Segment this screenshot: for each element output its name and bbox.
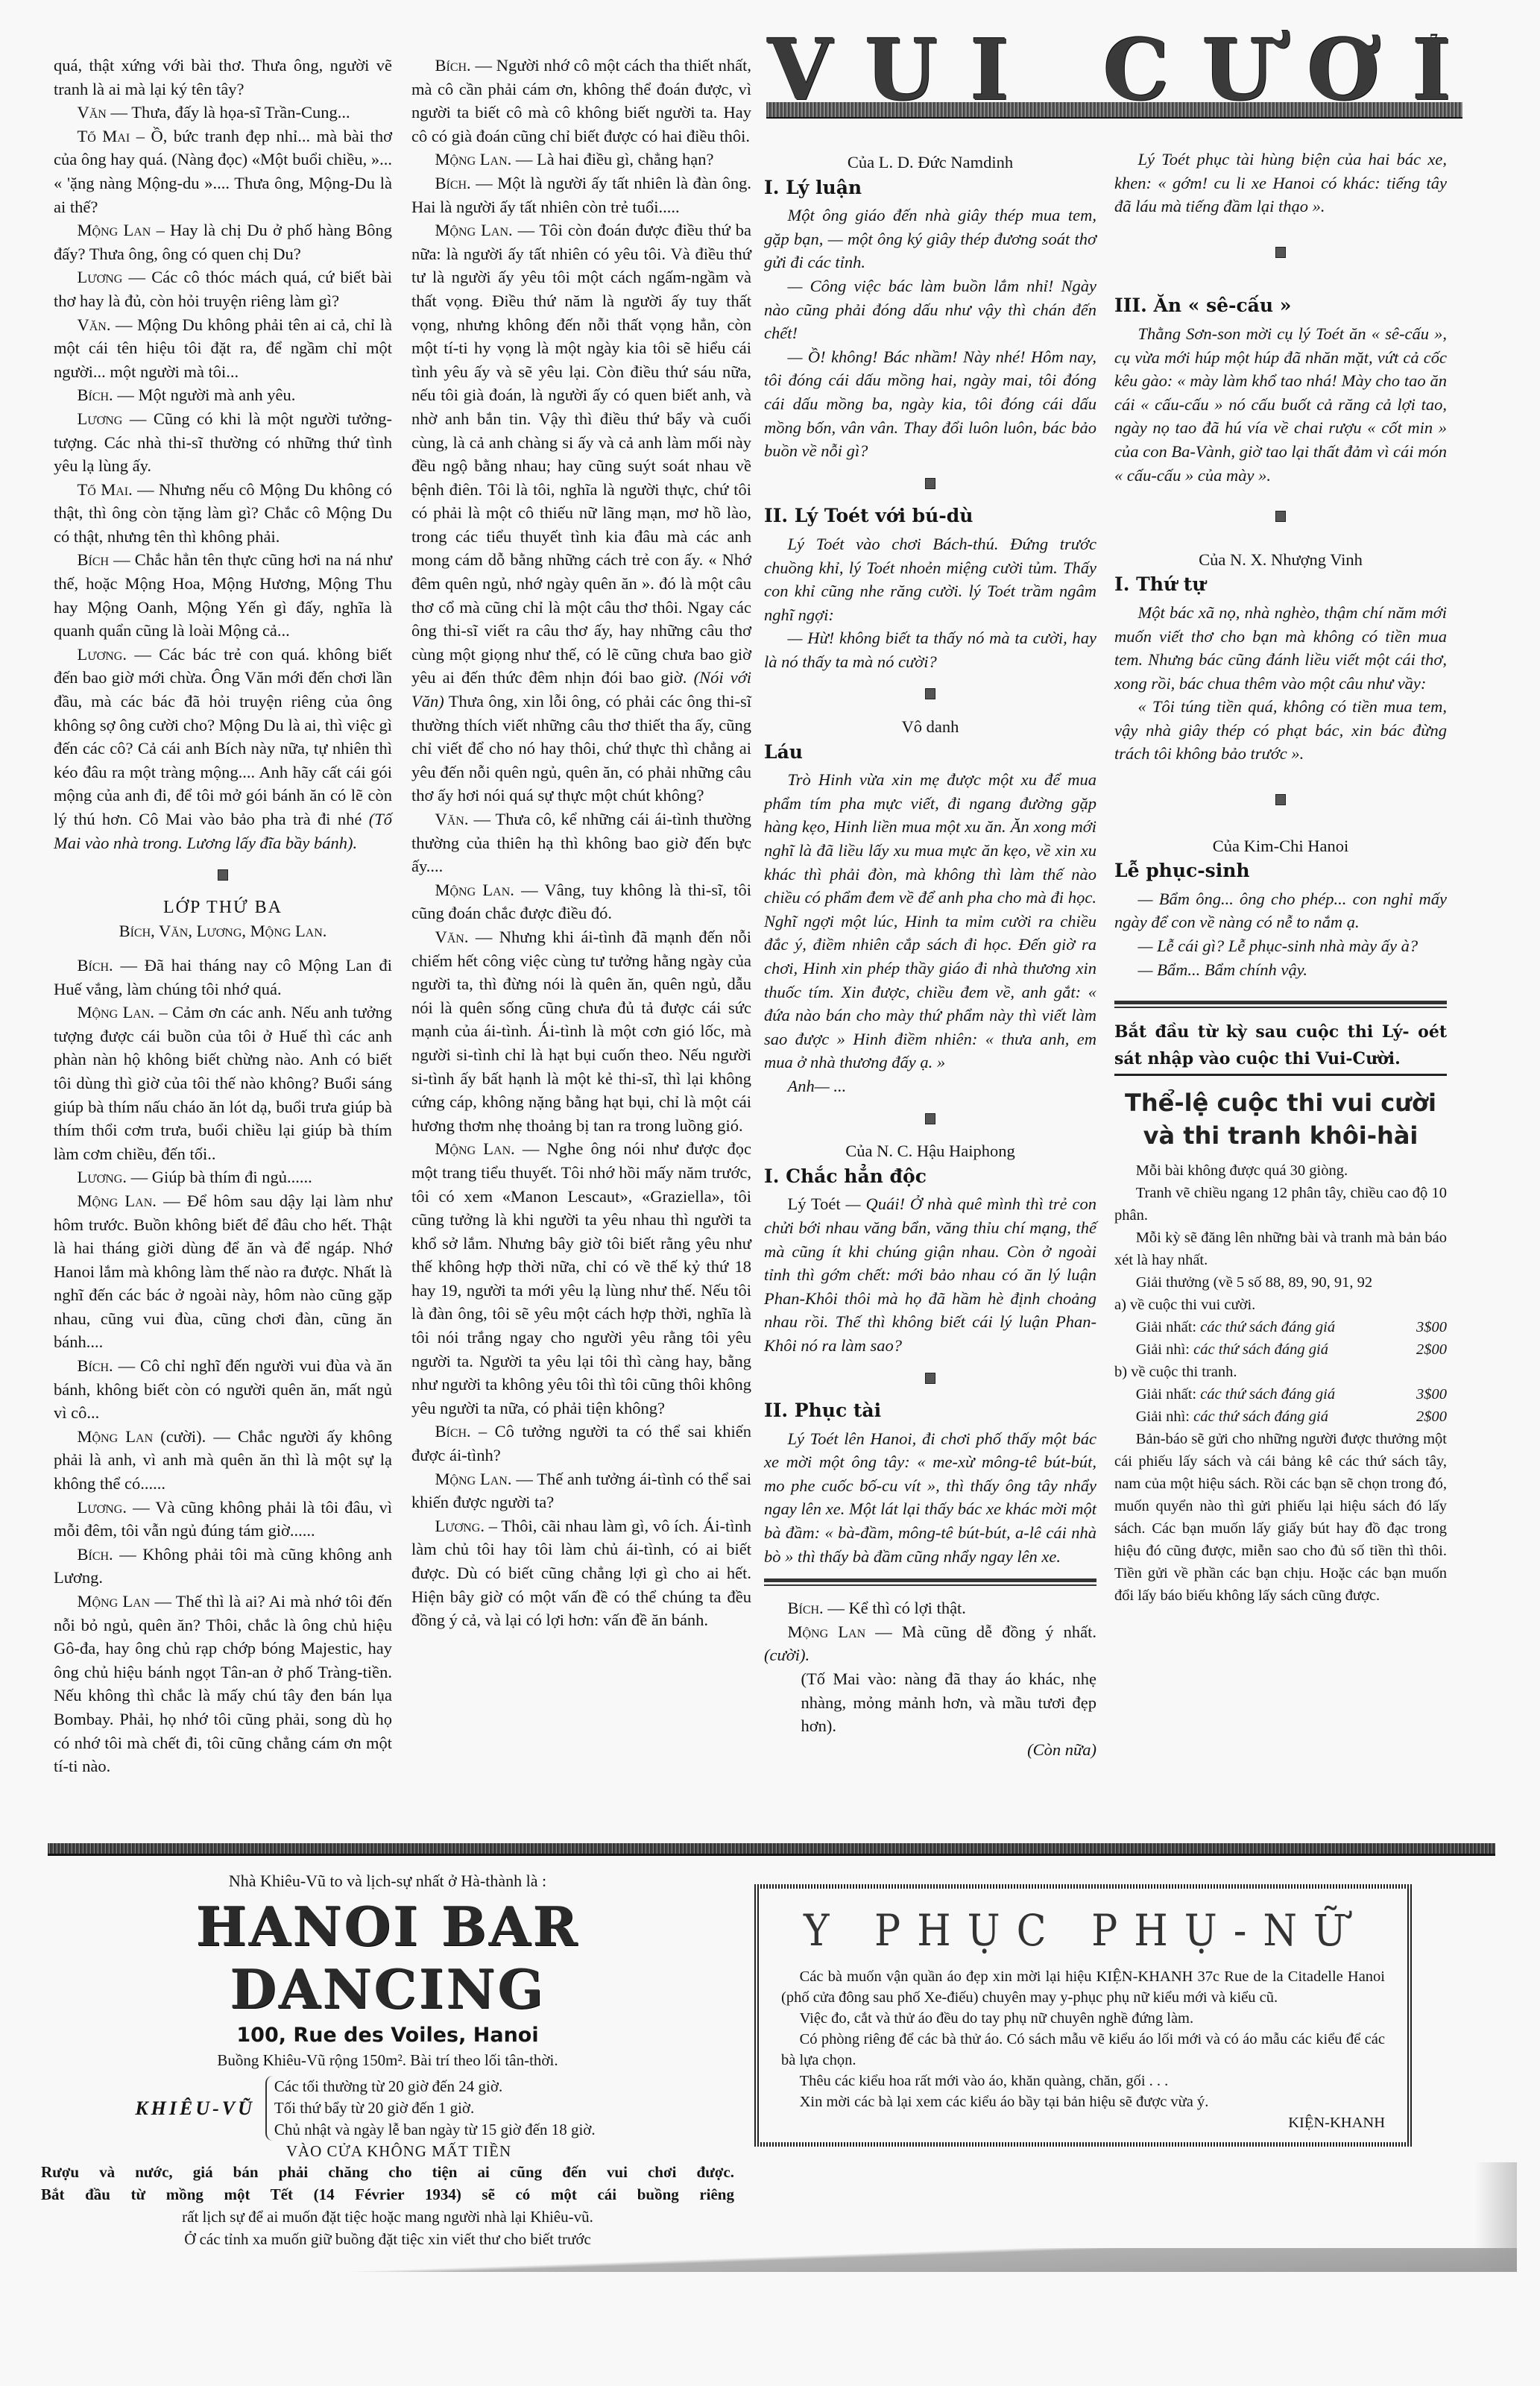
section-title: II. Phục tài	[764, 1399, 1096, 1423]
rules-end: Bản-báo sẽ gửi cho những người được thưở…	[1114, 1428, 1447, 1607]
paragraph: — Lễ cái gì? Lễ phục-sinh nhà mày ấy à?	[1114, 934, 1447, 958]
dialogue-paragraph: Bích. — Cô chỉ nghĩ đến người vui đùa và…	[54, 1354, 392, 1425]
dialogue-paragraph: Mộng Lan. — Để hôm sau dậy lại làm như h…	[54, 1189, 392, 1354]
dialogue-paragraph: Mộng Lan (cười). — Chắc người ấy không p…	[54, 1425, 392, 1496]
play-part-1: quá, thật xứng với bài thơ. Thưa ông, ng…	[54, 54, 392, 854]
speaker-name: Bích.	[78, 956, 113, 975]
joke-text: Lý Toét vào chơi Bách-thú. Đứng trước ch…	[764, 532, 1096, 674]
dialogue-paragraph: Bích. — Đã hai tháng nay cô Mộng Lan đi …	[54, 954, 392, 1001]
dialogue-paragraph: Văn. — Nhưng khi ái-tình đã mạnh đến nỗi…	[411, 925, 751, 1137]
prize-label: Giải nhì:	[1136, 1341, 1193, 1358]
ornament-icon	[54, 863, 392, 887]
prize-left: Giải nhất: các thứ sách đáng giá	[1136, 1383, 1335, 1406]
dialogue-text: – Cảm ơn các anh. Nếu anh tưởng tượng đư…	[54, 1003, 392, 1163]
column-4-jokes-rules: Lý Toét phục tài hùng biện của hai bác x…	[1114, 148, 1447, 1607]
ad-paragraphs: Các bà muốn vận quần áo đẹp xin mời lại …	[781, 1966, 1385, 2112]
divider	[764, 1578, 1096, 1586]
to-be-continued: (Còn nữa)	[764, 1738, 1096, 1762]
section-title: I. Thứ tự	[1114, 573, 1447, 596]
speaker-name: Mộng Lan	[78, 1592, 151, 1611]
speaker-name: Mộng Lan.	[78, 1003, 155, 1022]
dialogue-paragraph: Mộng Lan. — Là hai điều gì, chẳng hạn?	[411, 148, 751, 171]
masthead-letter	[1041, 45, 1084, 97]
ad-y-phuc-phu-nu: Y PHỤC PHỤ-NỮ Các bà muốn vận quần áo đẹ…	[754, 1884, 1412, 2147]
prize-a-heading: a) về cuộc thi vui cười.	[1114, 1294, 1447, 1316]
paragraph: Lý Toét lên Hanoi, đi chơi phố thấy một …	[764, 1427, 1096, 1569]
joke-text: — Bẩm ông... ông cho phép... con nghỉ mấ…	[1114, 887, 1447, 981]
prize-value: 2$00	[1416, 1406, 1447, 1428]
speaker-name: Tố Mai.	[78, 480, 133, 499]
speaker-name: Văn	[78, 103, 107, 122]
paragraph: — Bẩm ông... ông cho phép... con nghỉ mấ…	[1114, 887, 1447, 934]
dialogue-text: Thưa ông, xin lỗi ông, có phải các ông t…	[411, 692, 751, 805]
ornament-icon	[1114, 241, 1447, 265]
prize-desc: các thứ sách đáng giá	[1193, 1408, 1328, 1425]
speaker-name: Lương.	[78, 1168, 127, 1186]
dialogue-paragraph: Lương — Các cô thóc mách quá, cứ biết bà…	[54, 265, 392, 312]
ornament-icon	[764, 472, 1096, 496]
dialogue-paragraph: Văn — Thưa, đấy là họa-sĩ Trần-Cung...	[54, 101, 392, 125]
masthead-letter: V	[768, 45, 846, 97]
speaker-name: Lương	[78, 409, 123, 428]
section-title: Lễ phục-sinh	[1114, 859, 1447, 883]
contest-rules: Mỗi bài không được quá 30 giòng.Tranh vẽ…	[1114, 1159, 1447, 1607]
hours-list: Các tối thường từ 20 giờ đến 24 giờ.Tối …	[265, 2076, 596, 2141]
dialogue-paragraph: Tố Mai. — Nhưng nếu cô Mộng Du không có …	[54, 478, 392, 549]
dialogue-paragraph: Lương. — Giúp bà thím đi ngủ......	[54, 1165, 392, 1189]
ornament-icon	[764, 682, 1096, 706]
dialogue-paragraph: Mộng Lan. – Cảm ơn các anh. Nếu anh tưởn…	[54, 1001, 392, 1165]
paragraph: Xin mời các bà lại xem các kiểu áo bầy t…	[781, 2091, 1385, 2112]
paragraph: — Công việc bác làm buồn lắm nhỉ! Ngày n…	[764, 274, 1096, 345]
ad-line: Rượu và nước, giá bán phải chăng cho tiệ…	[41, 2161, 734, 2183]
section-title: III. Ăn « sê-cấu »	[1114, 294, 1447, 318]
joke-text: Một ông giáo đến nhà giây thép mua tem, …	[764, 204, 1096, 463]
dialogue-paragraph: Lương. — Các bác trẻ con quá. không biết…	[54, 643, 392, 854]
prize-b-heading: b) về cuộc thi tranh.	[1114, 1361, 1447, 1383]
paragraph: Các bà muốn vận quần áo đẹp xin mời lại …	[781, 1966, 1385, 2008]
joke-text: Trò Hinh vừa xin mẹ được một xu để mua p…	[764, 768, 1096, 1098]
prize-desc: các thứ sách đáng giá	[1200, 1319, 1335, 1335]
dialogue-paragraph: Bích — Chắc hẳn tên thực cũng hơi na ná …	[54, 548, 392, 642]
speaker-name: Lương.	[78, 1498, 127, 1517]
ad-line: Bắt đầu từ mồng một Tết (14 Février 1934…	[41, 2183, 734, 2206]
joke-text: Thằng Sơn-son mời cụ lý Toét ăn « sê-cấu…	[1114, 322, 1447, 487]
hours-line: Tối thứ bẩy từ 20 giờ đến 1 giờ.	[274, 2097, 596, 2119]
rules-title: Thể-lệ cuộc thi vui cười và thi tranh kh…	[1114, 1086, 1447, 1152]
paragraph: — Ồ! không! Bác nhầm! Này nhé! Hôm nay, …	[764, 345, 1096, 463]
scan-edge-shadow	[1474, 2162, 1517, 2270]
dialogue-paragraph: Tố Mai – Ồ, bức tranh đẹp nhỉ... mà bài …	[54, 125, 392, 218]
ad-room: Buồng Khiêu-Vũ rộng 150m². Bài trí theo …	[41, 2050, 734, 2071]
speaker-name: Mộng Lan.	[435, 150, 512, 169]
speaker-name: Mộng Lan.	[78, 1192, 157, 1210]
play-part-2: Bích. — Đã hai tháng nay cô Mộng Lan đi …	[54, 954, 392, 1778]
scene-title: LỚP THỨ BA	[54, 896, 392, 920]
dialogue-text: — Thưa, đấy là họa-sĩ Trần-Cung...	[107, 103, 350, 122]
prize-left: Giải nhì: các thứ sách đáng giá	[1136, 1338, 1328, 1361]
joke-text: Lý Toét phục tài hùng biện của hai bác x…	[1114, 148, 1447, 218]
column-3-jokes: Của L. D. Đức Namdinh I. Lý luận Một ông…	[764, 148, 1096, 1761]
paragraph: — Bẩm... Bẩm chính vậy.	[1114, 958, 1447, 982]
column-1-play: quá, thật xứng với bài thơ. Thưa ông, ng…	[54, 54, 392, 1778]
masthead-letter: I	[1413, 45, 1465, 97]
masthead-rule	[766, 102, 1462, 119]
dialogue-text: — Nhưng khi ái-tình đã mạnh đến nỗi chiế…	[411, 928, 751, 1135]
byline: Của Kim-Chi Hanoi	[1114, 834, 1447, 858]
speaker-name: Tố Mai	[78, 127, 130, 145]
masthead-letter: Ơ	[1307, 45, 1394, 97]
scene-cast: Bích, Văn, Lương, Mộng Lan.	[54, 919, 392, 943]
ad-hours: KHIÊU-VŨ Các tối thường từ 20 giờ đến 24…	[0, 2076, 734, 2141]
speaker-name: Bích.	[78, 1356, 113, 1375]
masthead-letter: Ư	[1202, 45, 1288, 97]
prize-desc: các thứ sách đáng giá	[1200, 1386, 1335, 1403]
speaker-name: Lương.	[435, 1517, 485, 1535]
masthead-letter: C	[1103, 45, 1183, 97]
speaker-name: Mộng Lan.	[435, 1139, 515, 1158]
dialogue-paragraph: Bích. — Kể thì có lợi thật.	[764, 1596, 1096, 1620]
speaker-name: Mộng Lan	[78, 221, 151, 239]
section-title: Láu	[764, 740, 1096, 764]
dialogue-paragraph: Mộng Lan — Mà cũng dễ đồng ý nhất. (cười…	[764, 1620, 1096, 1667]
speaker-name: Lương	[78, 268, 123, 286]
prize-value: 3$00	[1416, 1383, 1447, 1406]
dialogue-paragraph: Lương. — Và cũng không phải là tôi đâu, …	[54, 1496, 392, 1543]
hours-line: Chủ nhật và ngày lễ ban ngày từ 15 giờ đ…	[274, 2119, 596, 2141]
speaker-name: Bích.	[435, 56, 471, 75]
ornament-icon	[764, 1367, 1096, 1391]
paragraph: Anh— ...	[764, 1074, 1096, 1098]
prize-desc: các thứ sách đáng giá	[1193, 1341, 1328, 1358]
ad-hanoi-bar-dancing: Nhà Khiêu-Vũ to và lịch-sự nhất ở Hà-thà…	[41, 1872, 734, 2250]
announcement: Bắt đầu từ kỳ sau cuộc thi Lý- oét sát n…	[1114, 1019, 1447, 1072]
ornament-icon	[1114, 505, 1447, 529]
dialogue-paragraph: Bích. — Một là người ấy tất nhiên là đàn…	[411, 171, 751, 218]
speaker-name: Mộng Lan.	[435, 1470, 512, 1488]
dialogue-paragraph: Mộng Lan. — Vâng, tuy không là thi-sĩ, t…	[411, 878, 751, 925]
ad-signature: KIỆN-KHANH	[781, 2112, 1385, 2133]
dialogue-text: — Nghe ông nói như được đọc một trang ti…	[411, 1139, 751, 1417]
speaker-name: Văn.	[435, 928, 469, 946]
dialogue-paragraph: Mộng Lan. — Nghe ông nói như được đọc mộ…	[411, 1137, 751, 1420]
rules-list: Mỗi bài không được quá 30 giòng.Tranh vẽ…	[1114, 1159, 1447, 1294]
section-title: I. Chắc hẳn độc	[764, 1165, 1096, 1189]
hours-label: KHIÊU-VŨ	[135, 2097, 255, 2120]
dialogue-paragraph: Mộng Lan. — Thế anh tưởng ái-tình có thể…	[411, 1467, 751, 1514]
dialogue-paragraph: Văn. — Thưa cô, kể những cái ái-tình thư…	[411, 808, 751, 878]
play-end: Bích. — Kể thì có lợi thật.Mộng Lan — Mà…	[764, 1596, 1096, 1667]
dialogue-paragraph: Mộng Lan — Thế thì là ai? Ai mà nhớ tôi …	[54, 1590, 392, 1778]
paragraph: « Tôi túng tiền quá, không có tiền mua t…	[1114, 695, 1447, 766]
speaker-name: Bích	[78, 550, 110, 569]
section-title: I. Lý luận	[764, 176, 1096, 200]
dialogue-text: quá, thật xứng với bài thơ. Thưa ông, ng…	[54, 56, 392, 98]
prize-label: Giải nhì:	[1136, 1408, 1193, 1425]
dialogue-paragraph: Mộng Lan. — Tôi còn đoán được điều thứ b…	[411, 218, 751, 808]
prizes-b: Giải nhất: các thứ sách đáng giá3$00Giải…	[1114, 1383, 1447, 1428]
masthead-letter: U	[865, 45, 951, 97]
dialogue-text: — Để hôm sau dậy lại làm như hôm trước. …	[54, 1192, 392, 1352]
play-part-3: Bích. — Người nhớ cô một cách tha thiết …	[411, 54, 751, 1632]
paragraph: Giải thưởng (về 5 số 88, 89, 90, 91, 92	[1114, 1271, 1447, 1294]
paragraph: Một ông giáo đến nhà giây thép mua tem, …	[764, 204, 1096, 274]
ornament-icon	[1114, 788, 1447, 812]
dialogue-paragraph: Lương — Cũng có khi là một người tưởng-t…	[54, 407, 392, 478]
dialogue-text: — Kể thì có lợi thật.	[824, 1599, 966, 1617]
speaker-name: Lương.	[78, 645, 127, 664]
paragraph: Thêu các kiểu hoa rất mới vào áo, khăn q…	[781, 2071, 1385, 2091]
prize-label: Giải nhất:	[1136, 1386, 1201, 1403]
ad-address: 100, Rue des Voiles, Hanoi	[41, 2024, 734, 2047]
prize-line: Giải nhì: các thứ sách đáng giá2$00	[1114, 1406, 1447, 1428]
speaker-name: Bích.	[435, 1422, 471, 1441]
masthead-title: VUI CƯƠI	[768, 45, 1465, 97]
dialogue-paragraph: quá, thật xứng với bài thơ. Thưa ông, ng…	[54, 54, 392, 101]
masthead-letter: I	[970, 45, 1022, 97]
joke-text: Lý Toét lên Hanoi, đi chơi phố thấy một …	[764, 1427, 1096, 1569]
speaker-name: Bích.	[788, 1599, 824, 1617]
dialogue-text: — Các bác trẻ con quá. không biết đến ba…	[54, 645, 392, 828]
byline: Vô danh	[764, 715, 1096, 739]
dialogue-paragraph: Bích. — Một người mà anh yêu.	[54, 383, 392, 407]
dialogue-text: — Tôi còn đoán được điều thứ ba nữa: là …	[411, 221, 751, 687]
dialogue-text: — Giúp bà thím đi ngủ......	[127, 1168, 312, 1186]
ad-line: Ở các tỉnh xa muốn giữ buồng đặt tiệc xi…	[41, 2228, 734, 2250]
stage-direction: (Tố Mai vào: nàng đã thay áo khác, nhẹ n…	[764, 1667, 1096, 1738]
dialogue-text: — Mà cũng dễ đồng ý nhất.	[865, 1622, 1096, 1641]
dialogue-paragraph: Lương. – Thôi, cãi nhau làm gì, vô ích. …	[411, 1514, 751, 1632]
paragraph: — Hừ! không biết ta thấy nó mà ta cười, …	[764, 626, 1096, 673]
paragraph: Một bác xã nọ, nhà nghèo, thậm chí năm m…	[1114, 601, 1447, 695]
stage-direction: (cười).	[764, 1646, 810, 1664]
paragraph: Mỗi kỳ sẽ đăng lên những bài và tranh mà…	[1114, 1227, 1447, 1271]
ornament-icon	[764, 1107, 1096, 1131]
dialogue-paragraph: Mộng Lan – Hay là chị Du ở phố hàng Bông…	[54, 218, 392, 265]
divider	[1114, 1001, 1447, 1008]
speaker-name: Bích.	[78, 385, 113, 404]
speaker-name: Mộng Lan	[788, 1622, 866, 1641]
ad-intro: Nhà Khiêu-Vũ to và lịch-sự nhất ở Hà-thà…	[41, 1872, 734, 1891]
paragraph: Có phòng riêng để các bà thử áo. Có sách…	[781, 2029, 1385, 2071]
speaker-name: Mộng Lan.	[435, 221, 513, 239]
paragraph: Lý Toét vào chơi Bách-thú. Đứng trước ch…	[764, 532, 1096, 626]
speaker-name: Mộng Lan	[78, 1427, 154, 1446]
speaker-name: Văn.	[435, 810, 469, 828]
dialogue-text: — Là hai điều gì, chẳng hạn?	[511, 150, 713, 169]
byline: Của L. D. Đức Namdinh	[764, 151, 1096, 174]
prize-label: Giải nhất:	[1136, 1319, 1201, 1335]
byline: Của N. C. Hậu Haiphong	[764, 1139, 1096, 1163]
prize-left: Giải nhất: các thứ sách đáng giá	[1136, 1316, 1335, 1338]
ad-divider	[48, 1843, 1495, 1856]
dialogue-paragraph: Bích. — Người nhớ cô một cách tha thiết …	[411, 54, 751, 148]
ad-title: Y PHỤC PHỤ-NỮ	[781, 1905, 1385, 1956]
ad-line: rất lịch sự để ai muốn đặt tiệc hoặc man…	[41, 2206, 734, 2228]
prize-line: Giải nhất: các thứ sách đáng giá3$00	[1114, 1316, 1447, 1338]
paragraph: Mỗi bài không được quá 30 giòng.	[1114, 1159, 1447, 1182]
prize-left: Giải nhì: các thứ sách đáng giá	[1136, 1406, 1328, 1428]
ad-name: HANOI BAR DANCING	[41, 1895, 734, 2021]
speaker-name: Văn.	[78, 315, 111, 334]
speaker-name: Mộng Lan.	[435, 881, 514, 899]
joke-text: Một bác xã nọ, nhà nghèo, thậm chí năm m…	[1114, 601, 1447, 766]
dialogue-paragraph: Bích. – Cô tưởng người ta có thể sai khi…	[411, 1420, 751, 1467]
divider	[1114, 1074, 1447, 1076]
prize-line: Giải nhì: các thứ sách đáng giá2$00	[1114, 1338, 1447, 1361]
prizes-a: Giải nhất: các thứ sách đáng giá3$00Giải…	[1114, 1316, 1447, 1361]
dialogue-text: — Thế thì là ai? Ai mà nhớ tôi đến nỗi b…	[54, 1592, 392, 1775]
hours-line: Các tối thường từ 20 giờ đến 24 giờ.	[274, 2076, 596, 2097]
byline: Của N. X. Nhượng Vinh	[1114, 548, 1447, 572]
dialogue-paragraph: Bích. — Không phải tôi mà cũng không anh…	[54, 1543, 392, 1590]
prize-value: 2$00	[1416, 1338, 1447, 1361]
scan-edge-shadow	[56, 2248, 1517, 2272]
speaker-name: Bích.	[78, 1545, 113, 1564]
joke-text: Lý Toét — Quái! Ở nhà quê mình thì trẻ c…	[764, 1192, 1096, 1357]
ad-free-entry: VÀO CỬA KHÔNG MẤT TIỀN	[63, 2142, 734, 2161]
dialogue-text: — Một người mà anh yêu.	[113, 385, 296, 404]
dialogue-paragraph: Văn. — Mộng Du không phải tên ai cả, chỉ…	[54, 313, 392, 384]
column-2-play: Bích. — Người nhớ cô một cách tha thiết …	[411, 54, 751, 1632]
prize-line: Giải nhất: các thứ sách đáng giá3$00	[1114, 1383, 1447, 1406]
prize-value: 3$00	[1416, 1316, 1447, 1338]
paragraph: Tranh vẽ chiều ngang 12 phân tây, chiều …	[1114, 1182, 1447, 1227]
speaker-name: Bích.	[435, 174, 471, 192]
paragraph: Việc đo, cắt và thử áo đều do tay phụ nữ…	[781, 2008, 1385, 2029]
paragraph: Trò Hinh vừa xin mẹ được một xu để mua p…	[764, 768, 1096, 1074]
section-title: II. Lý Toét với bú-dù	[764, 504, 1096, 528]
